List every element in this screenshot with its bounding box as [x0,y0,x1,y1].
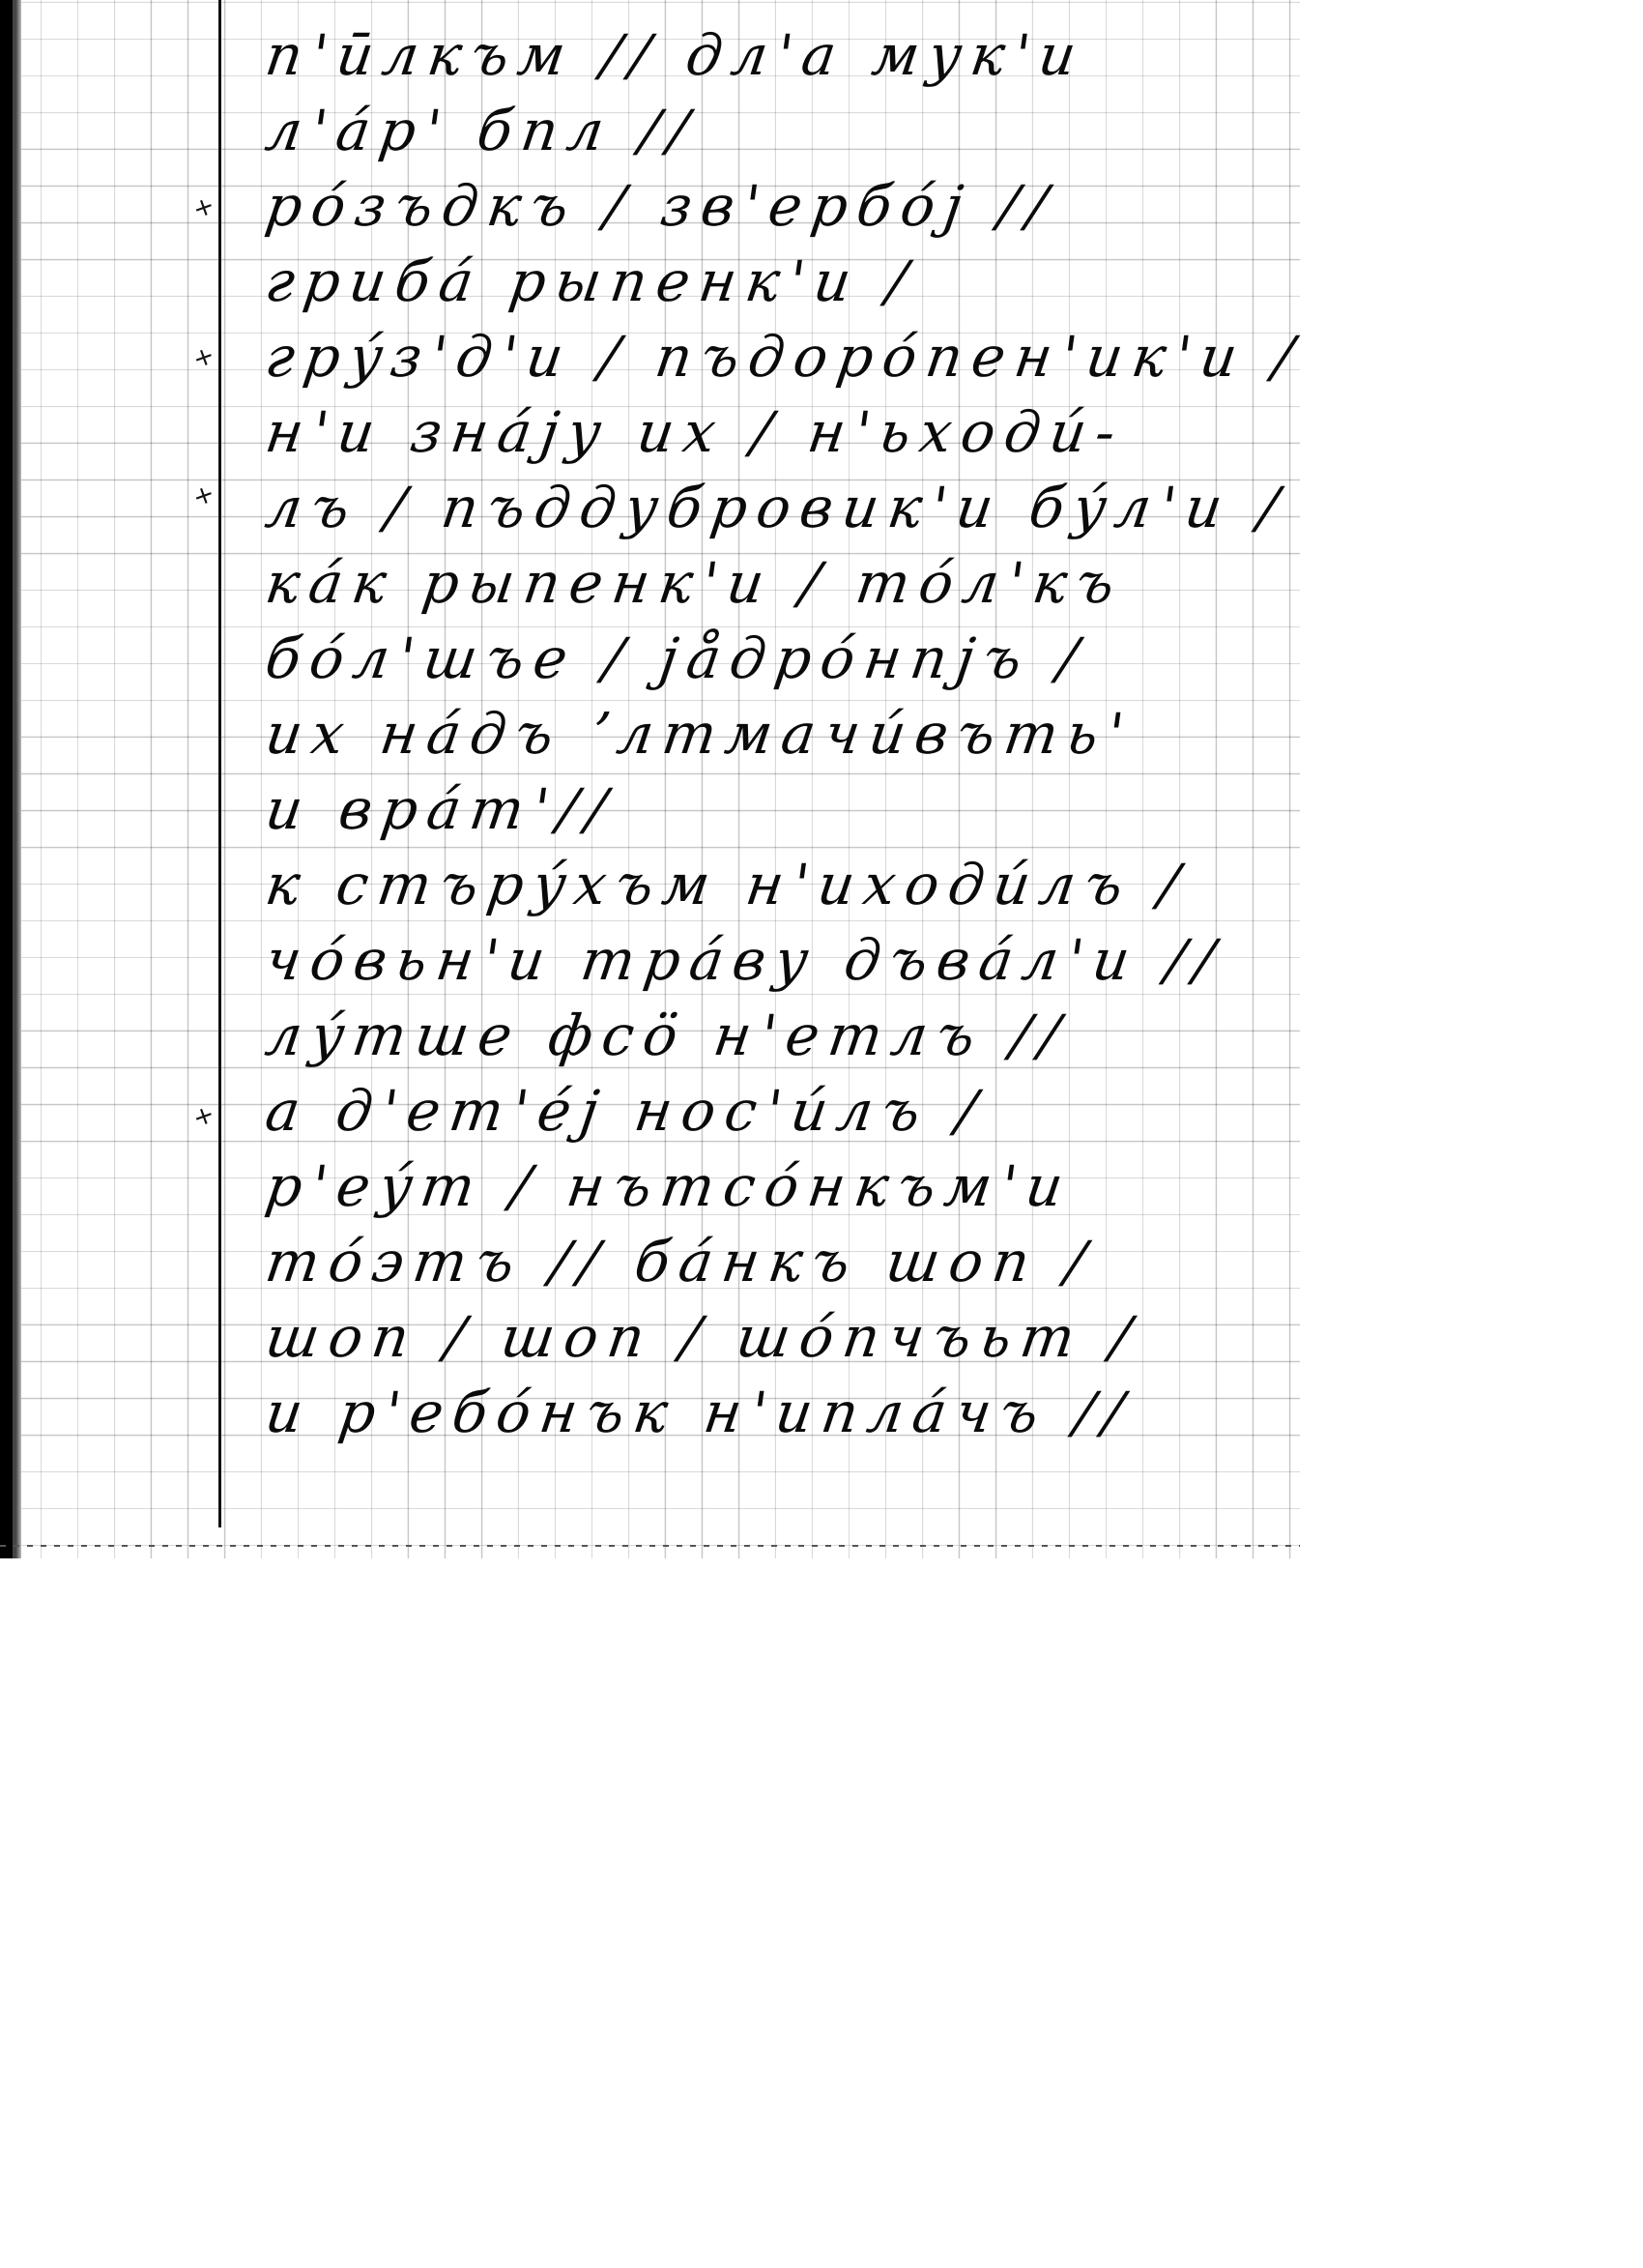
margin-plus-mark: + [189,1099,219,1134]
text-line: грибá рыпенк'и / [261,244,1306,319]
text-line: и врáт'// [261,771,1306,847]
text-line: их нáдъ ʼлтмачи́въть' [261,696,1306,771]
text-line: п'ӣлкъм // дл'а мук'и [261,17,1306,93]
margin-plus-mark: + [189,190,219,225]
text-line: тóэтъ // бáнкъ шоп / [261,1224,1306,1299]
text-line: к стърýхъм н'иходи́лъ / [261,847,1306,922]
text-line: н'и знáју их / н'ьходи́- [261,394,1306,470]
text-line: рóзъдкъ / зв'ербóј // [261,168,1306,244]
text-line: лýтше фсö н'етлъ // [261,998,1306,1073]
text-line: бóл'шъе / ја̊дрóнпјъ / [261,621,1306,696]
text-line: лъ / пъддубровик'и бýл'и / [261,470,1306,545]
notebook-page: + + + + п'ӣлкъм // дл'а мук'и л'áр' бпл … [0,0,1300,1558]
margin-line [218,0,221,1527]
text-line: а д'ет'éј нос'úлъ / [261,1073,1306,1149]
page-bottom-edge [0,1545,1300,1547]
handwritten-text: п'ӣлкъм // дл'а мук'и л'áр' бпл // рóзъд… [261,17,1295,1450]
text-line: чóвьн'и трáву дъвáл'и // [261,922,1306,998]
text-line: л'áр' бпл // [261,93,1306,168]
margin-plus-mark: + [189,340,219,375]
notebook-binding [0,0,21,1558]
margin-plus-mark: + [189,479,219,513]
text-line: р'еýт / нътсóнкъм'и [261,1149,1306,1224]
text-line: и р'ебóнък н'иплáчъ // [261,1375,1306,1450]
text-line: шоп / шоп / шóпчъьт / [261,1299,1306,1375]
text-line: грýз'д'и / пъдоро́пен'ик'и / [261,319,1306,394]
text-line: кáк рыпенк'и / тóл'къ [261,545,1306,621]
